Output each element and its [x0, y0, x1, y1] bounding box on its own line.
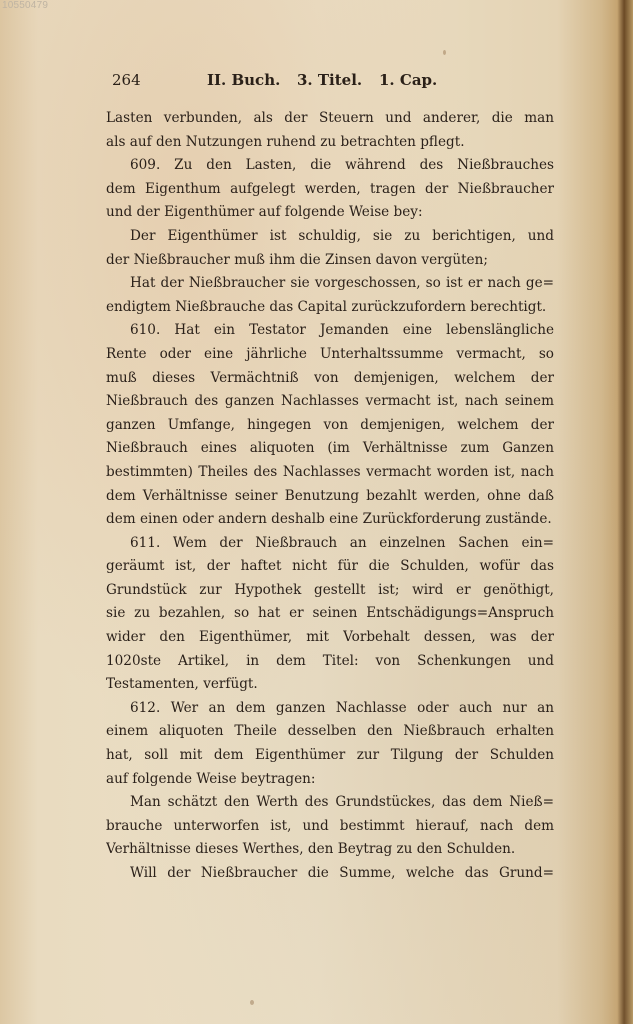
text-line: Nießbrauch des ganzen Nachlasses vermach…	[106, 390, 554, 414]
text-line: Lasten verbunden, als der Steuern und an…	[106, 107, 554, 131]
text-line: Nießbrauch eines aliquoten (im Verhältni…	[106, 437, 554, 461]
text-line: geräumt ist, der haftet nicht für die Sc…	[106, 555, 554, 579]
text-line: Grundstück zur Hypothek gestellt ist; wi…	[106, 579, 554, 603]
scan-identifier: 10550479	[2, 0, 48, 11]
text-line: hat, soll mit dem Eigenthümer zur Tilgun…	[106, 744, 554, 768]
text-line: dem einen oder andern deshalb eine Zurüc…	[106, 508, 554, 532]
text-line: Testamenten, verfügt.	[106, 673, 554, 697]
text-line: bestimmten) Theiles des Nachlasses verma…	[106, 461, 554, 485]
text-line: brauche unterworfen ist, und bestimmt hi…	[106, 815, 554, 839]
text-line: der Nießbraucher muß ihm die Zinsen davo…	[106, 249, 554, 273]
text-line: Der Eigenthümer ist schuldig, sie zu ber…	[106, 225, 554, 249]
paper-stain	[443, 50, 446, 55]
text-line: einem aliquoten Theile desselben den Nie…	[106, 720, 554, 744]
body-text: Lasten verbunden, als der Steuern und an…	[106, 107, 554, 886]
text-line: dem Eigenthum aufgelegt werden, tragen d…	[106, 178, 554, 202]
paper-stain	[250, 1000, 254, 1005]
header-chapter: 1. Cap.	[379, 71, 437, 89]
running-header: 264 II. Buch. 3. Titel. 1. Cap.	[112, 71, 542, 95]
text-line: 610. Hat ein Testator Jemanden eine lebe…	[106, 319, 554, 343]
text-line: 612. Wer an dem ganzen Nachlasse oder au…	[106, 697, 554, 721]
text-line: sie zu bezahlen, so hat er seinen Entsch…	[106, 602, 554, 626]
text-line: 609. Zu den Lasten, die während des Nieß…	[106, 154, 554, 178]
text-line: Will der Nießbraucher die Summe, welche …	[106, 862, 554, 886]
text-line: 1020ste Artikel, in dem Titel: von Schen…	[106, 650, 554, 674]
header-book: II. Buch.	[207, 71, 280, 89]
page-number: 264	[112, 71, 141, 89]
text-line: 611. Wem der Nießbrauch an einzelnen Sac…	[106, 532, 554, 556]
text-line: dem Verhältnisse seiner Benutzung bezahl…	[106, 485, 554, 509]
text-line: endigtem Nießbrauche das Capital zurückz…	[106, 296, 554, 320]
text-line: muß dieses Vermächtniß von demjenigen, w…	[106, 367, 554, 391]
text-line: Rente oder eine jährliche Unterhaltssumm…	[106, 343, 554, 367]
text-line: wider den Eigenthümer, mit Vorbehalt des…	[106, 626, 554, 650]
text-line: Hat der Nießbraucher sie vorgeschossen, …	[106, 272, 554, 296]
text-line: als auf den Nutzungen ruhend zu betracht…	[106, 131, 554, 155]
text-line: und der Eigenthümer auf folgende Weise b…	[106, 201, 554, 225]
text-line: Verhältnisse dieses Werthes, den Beytrag…	[106, 838, 554, 862]
text-line: ganzen Umfange, hingegen von demjenigen,…	[106, 414, 554, 438]
header-title: 3. Titel.	[297, 71, 362, 89]
scanned-book-page: 10550479 264 II. Buch. 3. Titel. 1. Cap.…	[0, 0, 633, 1024]
text-line: Man schätzt den Werth des Grundstückes, …	[106, 791, 554, 815]
text-line: auf folgende Weise beytragen:	[106, 768, 554, 792]
